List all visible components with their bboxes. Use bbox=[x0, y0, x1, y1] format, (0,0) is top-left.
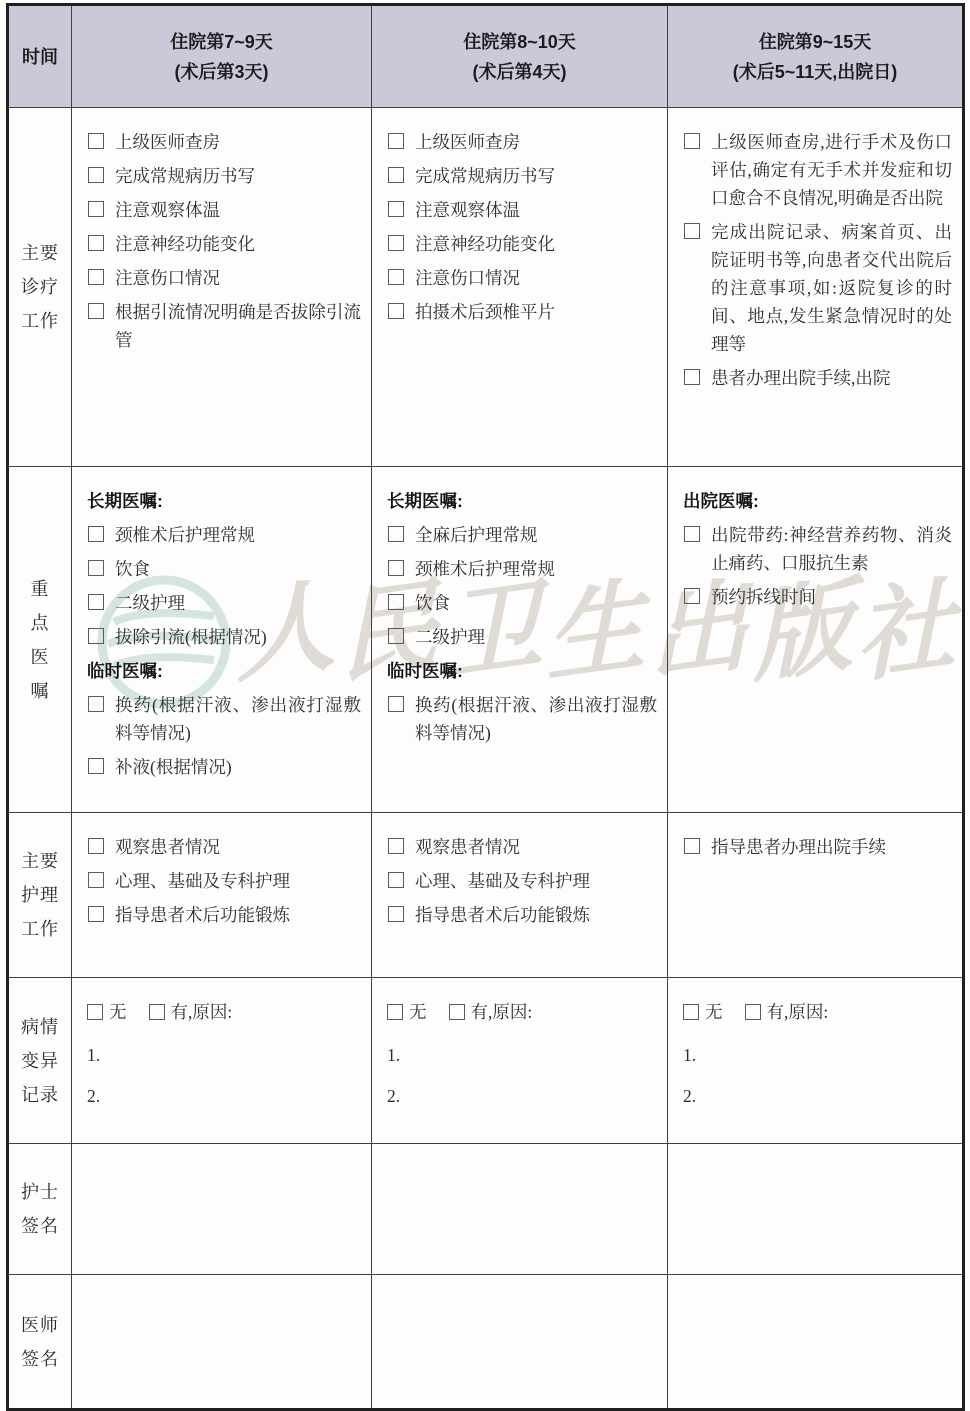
table-header-row: 时间 住院第7~9天 (术后第3天) 住院第8~10天 (术后第4天) 住院第9… bbox=[8, 5, 964, 108]
check-item-label: 饮食 bbox=[115, 559, 150, 579]
checkbox-icon[interactable] bbox=[684, 223, 700, 239]
check-item-label: 指导患者术后功能锻炼 bbox=[415, 905, 590, 925]
variation-check-line: 无有,原因: bbox=[683, 998, 952, 1026]
checkbox-icon[interactable] bbox=[88, 303, 104, 319]
checkbox-icon[interactable] bbox=[88, 235, 104, 251]
option-none-label: 无 bbox=[109, 1002, 127, 1022]
table-row: 主要诊疗工作上级医师查房完成常规病历书写注意观察体温注意神经功能变化注意伤口情况… bbox=[8, 108, 964, 467]
header-cell-time: 时间 bbox=[8, 5, 72, 108]
variation-check-line: 无有,原因: bbox=[87, 998, 361, 1026]
check-item: 完成出院记录、病案首页、出院证明书等,向患者交代出院后的注意事项,如:返院复诊的… bbox=[683, 218, 952, 358]
check-item-label: 全麻后护理常规 bbox=[415, 525, 538, 545]
header-line2: (术后第3天) bbox=[72, 57, 371, 87]
checkbox-icon[interactable] bbox=[388, 235, 404, 251]
numbered-blank-line: 2. bbox=[87, 1081, 361, 1111]
check-item: 全麻后护理常规 bbox=[387, 521, 657, 549]
table-cell: 上级医师查房完成常规病历书写注意观察体温注意神经功能变化注意伤口情况根据引流情况… bbox=[72, 108, 372, 467]
check-item-label: 指导患者术后功能锻炼 bbox=[115, 905, 290, 925]
row-label-line: 医师 bbox=[9, 1308, 71, 1342]
variation-check-line: 无有,原因: bbox=[387, 998, 657, 1026]
row-label-line: 签名 bbox=[9, 1342, 71, 1376]
check-item: 上级医师查房 bbox=[387, 128, 657, 156]
check-item: 指导患者办理出院手续 bbox=[683, 833, 952, 861]
check-item-label: 心理、基础及专科护理 bbox=[115, 871, 290, 891]
row-label-line: 重 bbox=[9, 572, 71, 606]
table-row: 病情变异记录无有,原因:1.2.无有,原因:1.2.无有,原因:1.2. bbox=[8, 978, 964, 1144]
check-item-label: 拔除引流(根据情况) bbox=[115, 627, 267, 647]
row-label: 重点医嘱 bbox=[8, 467, 72, 813]
check-item: 补液(根据情况) bbox=[87, 753, 361, 781]
check-item: 观察患者情况 bbox=[87, 833, 361, 861]
table-row: 重点医嘱长期医嘱:颈椎术后护理常规饮食二级护理拔除引流(根据情况)临时医嘱:换药… bbox=[8, 467, 964, 813]
checkbox-icon[interactable] bbox=[88, 906, 104, 922]
check-item: 换药(根据汗液、渗出液打湿敷料等情况) bbox=[87, 691, 361, 747]
check-item: 根据引流情况明确是否拔除引流管 bbox=[87, 298, 361, 354]
checkbox-icon[interactable] bbox=[684, 526, 700, 542]
check-item-label: 换药(根据汗液、渗出液打湿敷料等情况) bbox=[115, 695, 361, 743]
orders-heading: 长期医嘱: bbox=[387, 487, 657, 515]
numbered-blank-line: 2. bbox=[683, 1081, 952, 1111]
check-item-label: 完成常规病历书写 bbox=[415, 166, 555, 186]
header-line2: (术后5~11天,出院日) bbox=[668, 57, 962, 87]
check-item: 饮食 bbox=[87, 555, 361, 583]
check-item: 患者办理出院手续,出院 bbox=[683, 364, 952, 392]
table-row: 护士签名 bbox=[8, 1144, 964, 1275]
checkbox-icon[interactable] bbox=[388, 838, 404, 854]
check-item: 完成常规病历书写 bbox=[387, 162, 657, 190]
header-cell-day8-10: 住院第8~10天 (术后第4天) bbox=[372, 5, 668, 108]
clinical-pathway-table: 时间 住院第7~9天 (术后第3天) 住院第8~10天 (术后第4天) 住院第9… bbox=[6, 3, 965, 1411]
row-label: 护士签名 bbox=[8, 1144, 72, 1275]
header-line1: 住院第9~15天 bbox=[668, 27, 962, 57]
check-item: 二级护理 bbox=[387, 623, 657, 651]
table-cell bbox=[372, 1275, 668, 1410]
checkbox-icon[interactable] bbox=[87, 1004, 103, 1020]
table-body: 时间 住院第7~9天 (术后第3天) 住院第8~10天 (术后第4天) 住院第9… bbox=[8, 5, 964, 1410]
row-label-line: 医 bbox=[9, 640, 71, 674]
table-cell: 观察患者情况心理、基础及专科护理指导患者术后功能锻炼 bbox=[372, 813, 668, 978]
row-label-line: 护理 bbox=[9, 878, 71, 912]
numbered-blank-line: 1. bbox=[387, 1040, 657, 1070]
checkbox-icon[interactable] bbox=[745, 1004, 761, 1020]
check-item: 出院带药:神经营养药物、消炎止痛药、口服抗生素 bbox=[683, 521, 952, 577]
header-line2: (术后第4天) bbox=[372, 57, 667, 87]
check-item-label: 完成常规病历书写 bbox=[115, 166, 255, 186]
check-item: 二级护理 bbox=[87, 589, 361, 617]
checkbox-icon[interactable] bbox=[684, 588, 700, 604]
checkbox-icon[interactable] bbox=[449, 1004, 465, 1020]
check-item-label: 出院带药:神经营养药物、消炎止痛药、口服抗生素 bbox=[711, 525, 952, 573]
table-cell: 无有,原因:1.2. bbox=[668, 978, 964, 1144]
row-label: 病情变异记录 bbox=[8, 978, 72, 1144]
check-item-label: 二级护理 bbox=[115, 593, 185, 613]
checkbox-icon[interactable] bbox=[684, 369, 700, 385]
row-label-line: 点 bbox=[9, 606, 71, 640]
checkbox-icon[interactable] bbox=[88, 526, 104, 542]
table-cell: 出院医嘱:出院带药:神经营养药物、消炎止痛药、口服抗生素预约拆线时间 bbox=[668, 467, 964, 813]
numbered-blank-line: 1. bbox=[683, 1040, 952, 1070]
checkbox-icon[interactable] bbox=[388, 167, 404, 183]
orders-heading: 临时医嘱: bbox=[87, 657, 361, 685]
checkbox-icon[interactable] bbox=[88, 594, 104, 610]
check-item: 预约拆线时间 bbox=[683, 583, 952, 611]
orders-heading: 临时医嘱: bbox=[387, 657, 657, 685]
check-item-label: 根据引流情况明确是否拔除引流管 bbox=[115, 302, 361, 350]
table-cell: 观察患者情况心理、基础及专科护理指导患者术后功能锻炼 bbox=[72, 813, 372, 978]
check-item: 注意伤口情况 bbox=[387, 264, 657, 292]
row-label-line: 主要 bbox=[9, 844, 71, 878]
row-label-line: 诊疗 bbox=[9, 270, 71, 304]
checkbox-icon[interactable] bbox=[388, 696, 404, 712]
check-item: 完成常规病历书写 bbox=[87, 162, 361, 190]
header-line1: 住院第7~9天 bbox=[72, 27, 371, 57]
option-yes-reason-label: 有,原因: bbox=[171, 1002, 233, 1022]
row-label-line: 主要 bbox=[9, 236, 71, 270]
check-item-label: 拍摄术后颈椎平片 bbox=[415, 302, 555, 322]
row-label-line: 签名 bbox=[9, 1209, 71, 1243]
checkbox-icon[interactable] bbox=[88, 133, 104, 149]
check-item: 注意神经功能变化 bbox=[87, 230, 361, 258]
checkbox-icon[interactable] bbox=[388, 872, 404, 888]
table-row: 医师签名 bbox=[8, 1275, 964, 1410]
row-label-line: 嘱 bbox=[9, 674, 71, 708]
checkbox-icon[interactable] bbox=[684, 133, 700, 149]
check-item-label: 饮食 bbox=[415, 593, 450, 613]
header-cell-day9-15: 住院第9~15天 (术后5~11天,出院日) bbox=[668, 5, 964, 108]
row-label-line: 护士 bbox=[9, 1175, 71, 1209]
row-label-line: 工作 bbox=[9, 912, 71, 946]
check-item-label: 上级医师查房 bbox=[115, 132, 220, 152]
row-label-line: 工作 bbox=[9, 304, 71, 338]
check-item-label: 二级护理 bbox=[415, 627, 485, 647]
checkbox-icon[interactable] bbox=[683, 1004, 699, 1020]
table-cell: 无有,原因:1.2. bbox=[372, 978, 668, 1144]
checkbox-icon[interactable] bbox=[88, 758, 104, 774]
checkbox-icon[interactable] bbox=[388, 594, 404, 610]
check-item: 注意观察体温 bbox=[87, 196, 361, 224]
check-item-label: 换药(根据汗液、渗出液打湿敷料等情况) bbox=[415, 695, 657, 743]
check-item-label: 完成出院记录、病案首页、出院证明书等,向患者交代出院后的注意事项,如:返院复诊的… bbox=[711, 222, 952, 354]
checkbox-icon[interactable] bbox=[149, 1004, 165, 1020]
table-cell bbox=[372, 1144, 668, 1275]
option-none-label: 无 bbox=[705, 1002, 723, 1022]
table-cell bbox=[668, 1275, 964, 1410]
check-item-label: 预约拆线时间 bbox=[711, 587, 816, 607]
check-item-label: 心理、基础及专科护理 bbox=[415, 871, 590, 891]
numbered-blank-line: 1. bbox=[87, 1040, 361, 1070]
row-label: 主要诊疗工作 bbox=[8, 108, 72, 467]
check-item-label: 注意神经功能变化 bbox=[415, 234, 555, 254]
check-item-label: 注意神经功能变化 bbox=[115, 234, 255, 254]
table-cell: 上级医师查房,进行手术及伤口评估,确定有无手术并发症和切口愈合不良情况,明确是否… bbox=[668, 108, 964, 467]
check-item: 指导患者术后功能锻炼 bbox=[87, 901, 361, 929]
table-cell: 上级医师查房完成常规病历书写注意观察体温注意神经功能变化注意伤口情况拍摄术后颈椎… bbox=[372, 108, 668, 467]
check-item-label: 注意观察体温 bbox=[115, 200, 220, 220]
checkbox-icon[interactable] bbox=[88, 872, 104, 888]
checkbox-icon[interactable] bbox=[388, 133, 404, 149]
row-label: 医师签名 bbox=[8, 1275, 72, 1410]
table-cell bbox=[668, 1144, 964, 1275]
checkbox-icon[interactable] bbox=[88, 696, 104, 712]
checkbox-icon[interactable] bbox=[388, 201, 404, 217]
row-label-line: 病情 bbox=[9, 1010, 71, 1044]
check-item-label: 注意伤口情况 bbox=[115, 268, 220, 288]
checkbox-icon[interactable] bbox=[388, 560, 404, 576]
check-item-label: 颈椎术后护理常规 bbox=[415, 559, 555, 579]
check-item-label: 观察患者情况 bbox=[115, 837, 220, 857]
check-item-label: 上级医师查房,进行手术及伤口评估,确定有无手术并发症和切口愈合不良情况,明确是否… bbox=[711, 132, 952, 208]
table-cell: 长期医嘱:全麻后护理常规颈椎术后护理常规饮食二级护理临时医嘱:换药(根据汗液、渗… bbox=[372, 467, 668, 813]
numbered-blank-line: 2. bbox=[387, 1081, 657, 1111]
checkbox-icon[interactable] bbox=[684, 838, 700, 854]
option-yes-reason-label: 有,原因: bbox=[471, 1002, 533, 1022]
check-item: 上级医师查房,进行手术及伤口评估,确定有无手术并发症和切口愈合不良情况,明确是否… bbox=[683, 128, 952, 212]
header-cell-day7-9: 住院第7~9天 (术后第3天) bbox=[72, 5, 372, 108]
check-item: 饮食 bbox=[387, 589, 657, 617]
time-label: 时间 bbox=[9, 42, 71, 72]
checkbox-icon[interactable] bbox=[88, 838, 104, 854]
check-item-label: 上级医师查房 bbox=[415, 132, 520, 152]
check-item-label: 观察患者情况 bbox=[415, 837, 520, 857]
check-item: 颈椎术后护理常规 bbox=[87, 521, 361, 549]
check-item: 观察患者情况 bbox=[387, 833, 657, 861]
table-cell: 指导患者办理出院手续 bbox=[668, 813, 964, 978]
header-line1: 住院第8~10天 bbox=[372, 27, 667, 57]
checkbox-icon[interactable] bbox=[388, 526, 404, 542]
check-item: 换药(根据汗液、渗出液打湿敷料等情况) bbox=[387, 691, 657, 747]
option-none-label: 无 bbox=[409, 1002, 427, 1022]
check-item: 注意伤口情况 bbox=[87, 264, 361, 292]
checkbox-icon[interactable] bbox=[88, 628, 104, 644]
orders-heading: 长期医嘱: bbox=[87, 487, 361, 515]
table-cell bbox=[72, 1275, 372, 1410]
checkbox-icon[interactable] bbox=[388, 628, 404, 644]
check-item: 拔除引流(根据情况) bbox=[87, 623, 361, 651]
option-yes-reason-label: 有,原因: bbox=[767, 1002, 829, 1022]
check-item-label: 注意观察体温 bbox=[415, 200, 520, 220]
check-item: 心理、基础及专科护理 bbox=[387, 867, 657, 895]
row-label-line: 变异 bbox=[9, 1044, 71, 1078]
check-item-label: 指导患者办理出院手续 bbox=[711, 837, 886, 857]
row-label-line: 记录 bbox=[9, 1078, 71, 1112]
check-item: 注意观察体温 bbox=[387, 196, 657, 224]
check-item-label: 补液(根据情况) bbox=[115, 757, 232, 777]
check-item: 颈椎术后护理常规 bbox=[387, 555, 657, 583]
checkbox-icon[interactable] bbox=[388, 303, 404, 319]
checkbox-icon[interactable] bbox=[388, 269, 404, 285]
check-item-label: 颈椎术后护理常规 bbox=[115, 525, 255, 545]
checkbox-icon[interactable] bbox=[88, 560, 104, 576]
table-cell: 长期医嘱:颈椎术后护理常规饮食二级护理拔除引流(根据情况)临时医嘱:换药(根据汗… bbox=[72, 467, 372, 813]
row-label: 主要护理工作 bbox=[8, 813, 72, 978]
check-item-label: 注意伤口情况 bbox=[415, 268, 520, 288]
checkbox-icon[interactable] bbox=[388, 906, 404, 922]
table-cell bbox=[72, 1144, 372, 1275]
check-item: 上级医师查房 bbox=[87, 128, 361, 156]
orders-heading: 出院医嘱: bbox=[683, 487, 952, 515]
check-item: 注意神经功能变化 bbox=[387, 230, 657, 258]
checkbox-icon[interactable] bbox=[88, 167, 104, 183]
checkbox-icon[interactable] bbox=[88, 201, 104, 217]
checkbox-icon[interactable] bbox=[387, 1004, 403, 1020]
check-item: 指导患者术后功能锻炼 bbox=[387, 901, 657, 929]
check-item: 拍摄术后颈椎平片 bbox=[387, 298, 657, 326]
table-cell: 无有,原因:1.2. bbox=[72, 978, 372, 1144]
table-row: 主要护理工作观察患者情况心理、基础及专科护理指导患者术后功能锻炼观察患者情况心理… bbox=[8, 813, 964, 978]
check-item-label: 患者办理出院手续,出院 bbox=[711, 368, 890, 388]
checkbox-icon[interactable] bbox=[88, 269, 104, 285]
check-item: 心理、基础及专科护理 bbox=[87, 867, 361, 895]
